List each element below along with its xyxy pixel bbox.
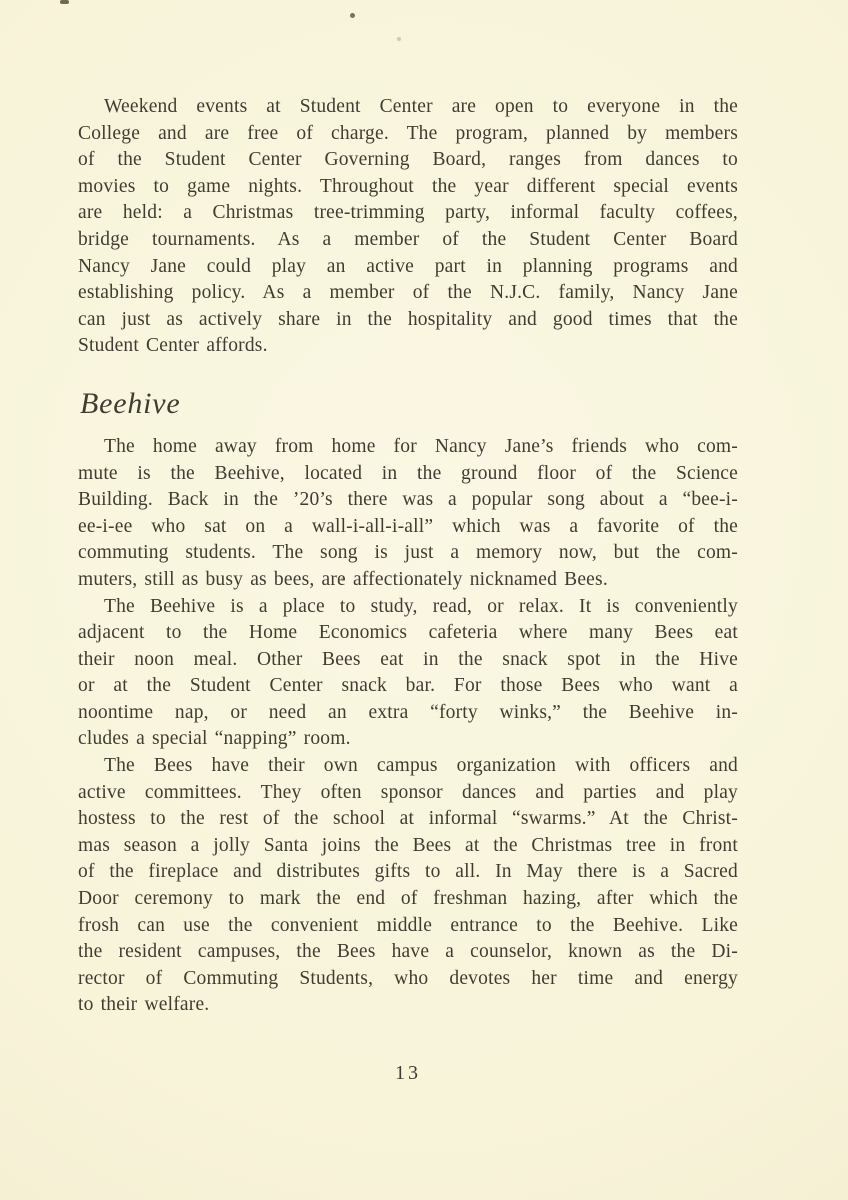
text-line: frosh can use the convenient middle entr…: [78, 913, 738, 940]
text-line: The Bees have their own campus organizat…: [78, 753, 738, 780]
paragraph-bees-organization: The Bees have their own campus organizat…: [78, 753, 738, 1019]
text-line: active committees. They often sponsor da…: [78, 780, 738, 807]
ink-speck: [397, 37, 401, 41]
text-line: the resident campuses, the Bees have a c…: [78, 939, 738, 966]
book-page: Weekend events at Student Center are ope…: [0, 0, 848, 1200]
ink-speck: [350, 13, 355, 18]
text-line: or at the Student Center snack bar. For …: [78, 673, 738, 700]
text-line: mute is the Beehive, located in the grou…: [78, 461, 738, 488]
text-line: to their welfare.: [78, 992, 738, 1019]
text-line: Weekend events at Student Center are ope…: [78, 94, 738, 121]
text-line: of the fireplace and distributes gifts t…: [78, 859, 738, 886]
text-line: Student Center affords.: [78, 333, 738, 360]
text-line: Nancy Jane could play an active part in …: [78, 254, 738, 281]
text-line: Door ceremony to mark the end of freshma…: [78, 886, 738, 913]
text-line: are held: a Christmas tree-trimming part…: [78, 200, 738, 227]
text-line: movies to game nights. Throughout the ye…: [78, 174, 738, 201]
text-line: rector of Commuting Students, who devote…: [78, 966, 738, 993]
text-line: muters, still as busy as bees, are affec…: [78, 567, 738, 594]
paragraph-beehive-home: The home away from home for Nancy Jane’s…: [78, 434, 738, 594]
text-line: mas season a jolly Santa joins the Bees …: [78, 833, 738, 860]
paragraph-beehive-place: The Beehive is a place to study, read, o…: [78, 594, 738, 754]
ink-speck: [60, 0, 69, 4]
text-line: commuting students. The song is just a m…: [78, 540, 738, 567]
paragraph-student-center-intro: Weekend events at Student Center are ope…: [78, 94, 738, 360]
section-heading: Beehive: [80, 386, 738, 422]
text-line: hostess to the rest of the school at inf…: [78, 806, 738, 833]
text-line: The Beehive is a place to study, read, o…: [78, 594, 738, 621]
page-number: 13: [78, 1060, 738, 1086]
text-line: noontime nap, or need an extra “forty wi…: [78, 700, 738, 727]
page-text-block: Weekend events at Student Center are ope…: [78, 94, 738, 1019]
text-line: of the Student Center Governing Board, r…: [78, 147, 738, 174]
text-line: can just as actively share in the hospit…: [78, 307, 738, 334]
text-line: College and are free of charge. The prog…: [78, 121, 738, 148]
text-line: cludes a special “napping” room.: [78, 726, 738, 753]
text-line: adjacent to the Home Economics cafeteria…: [78, 620, 738, 647]
text-line: establishing policy. As a member of the …: [78, 280, 738, 307]
text-line: The home away from home for Nancy Jane’s…: [78, 434, 738, 461]
text-line: bridge tournaments. As a member of the S…: [78, 227, 738, 254]
text-line: Building. Back in the ’20’s there was a …: [78, 487, 738, 514]
text-line: ee-i-ee who sat on a wall-i-all-i-all” w…: [78, 514, 738, 541]
text-line: their noon meal. Other Bees eat in the s…: [78, 647, 738, 674]
